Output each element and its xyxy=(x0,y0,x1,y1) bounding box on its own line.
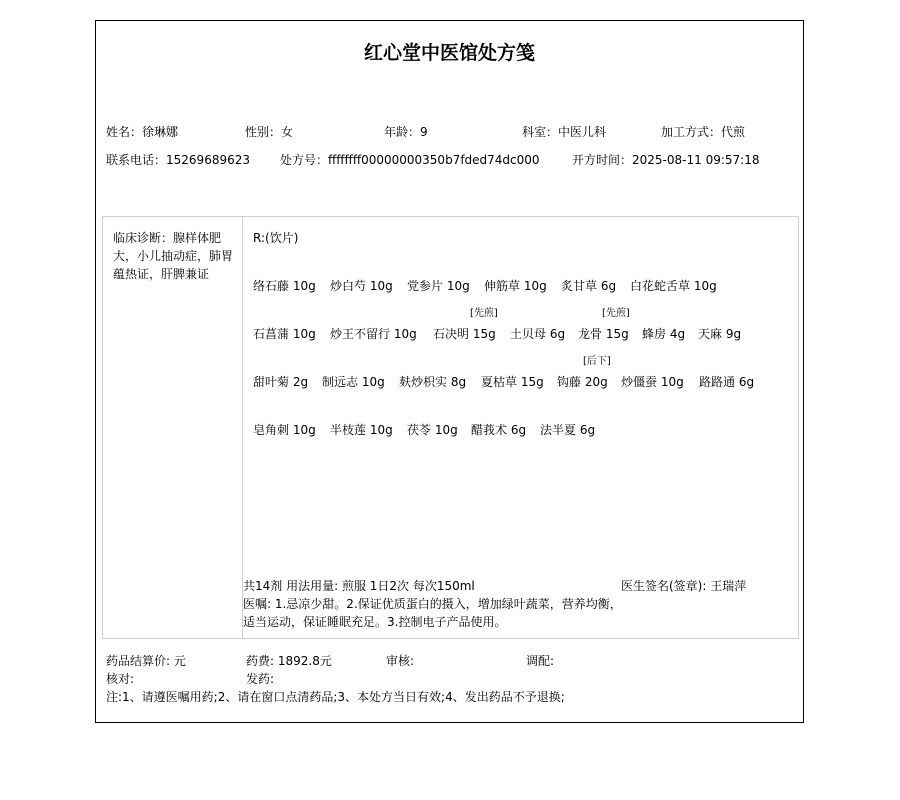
herb-name: 炒僵蚕 xyxy=(621,375,657,389)
herb-dose: 10g xyxy=(524,279,547,293)
herb-item: 伸筋草 10g xyxy=(484,277,547,294)
herb-name: 龙骨 xyxy=(578,327,602,341)
herb-name: 炒白芍 xyxy=(330,279,366,293)
herb-name: 皂角刺 xyxy=(253,423,289,437)
herb-item: 甜叶菊 2g xyxy=(253,373,308,390)
herb-name: 石菖蒲 xyxy=(253,327,289,341)
age-label: 年龄： xyxy=(384,125,420,139)
herb-name: 土贝母 xyxy=(510,327,546,341)
department: 科室：中医儿科 xyxy=(522,123,606,140)
herb-name: 路路通 xyxy=(699,375,735,389)
fee-label: 药费: xyxy=(246,654,278,668)
herb-item: 蜂房 4g xyxy=(642,325,685,342)
herb-dose: 10g xyxy=(394,327,417,341)
herb-item: 皂角刺 10g xyxy=(253,421,316,438)
herb-dose: 6g xyxy=(511,423,526,437)
herb-item: 党参片 10g xyxy=(407,277,470,294)
check-label: 核对: xyxy=(106,670,134,687)
phone-label: 联系电话： xyxy=(106,153,166,167)
herb-name: 石决明 xyxy=(433,327,469,341)
dispense-label: 调配: xyxy=(526,652,554,669)
processing-value: 代煎 xyxy=(721,125,745,139)
department-label: 科室： xyxy=(522,125,558,139)
rx-number-label: 处方号： xyxy=(280,153,328,167)
patient-age: 年龄：9 xyxy=(384,123,428,140)
settle-price-label: 药品结算价: xyxy=(106,654,174,668)
herb-dose: 10g xyxy=(694,279,717,293)
herb-dose: 15g xyxy=(473,327,496,341)
doctor-name: 王瑞萍 xyxy=(710,579,746,593)
doctor-advice: 医嘱: 1.忌凉少甜。2.保证优质蛋白的摄入，增加绿叶蔬菜，营养均衡，适当运动，… xyxy=(243,595,623,631)
gender-label: 性别： xyxy=(245,125,281,139)
herb-item: 土贝母 6g xyxy=(510,325,565,342)
herb-name: 醋莪术 xyxy=(471,423,507,437)
herb-dose: 6g xyxy=(601,279,616,293)
diagnosis-label: 临床诊断： xyxy=(113,231,173,245)
herb-name: 白花蛇舌草 xyxy=(630,279,690,293)
herb-dose: 15g xyxy=(606,327,629,341)
herb-item: 天麻 9g xyxy=(698,325,741,342)
herb-name: 钩藤 xyxy=(557,375,581,389)
page-title: 红心堂中医馆处方笺 xyxy=(96,38,803,65)
herb-dose: 10g xyxy=(447,279,470,293)
herb-dose: 10g xyxy=(661,375,684,389)
herb-dose: 10g xyxy=(435,423,458,437)
prescription-box: 临床诊断：腺样体肥大，小儿抽动症，肺胃蕴热证，肝脾兼证 R:(饮片) 络石藤 1… xyxy=(102,216,799,639)
usage-instructions: 共14剂 用法用量: 煎服 1日2次 每次150ml xyxy=(243,577,475,594)
herb-name: 党参片 xyxy=(407,279,443,293)
rx-number-value: ffffffff00000000350b7fded74dc000 xyxy=(328,153,540,167)
department-value: 中医儿科 xyxy=(558,125,606,139)
advice-label: 医嘱: xyxy=(243,597,275,611)
drug-fee: 药费: 1892.8元 xyxy=(246,652,332,669)
prescription-sheet: 红心堂中医馆处方笺 姓名：徐琳娜 性别：女 年龄：9 科室：中医儿科 加工方式：… xyxy=(95,20,804,723)
fee-value: 1892.8元 xyxy=(278,654,332,668)
herb-dose: 6g xyxy=(580,423,595,437)
herb-item: 炒王不留行 10g xyxy=(330,325,417,342)
herb-name: 炒王不留行 xyxy=(330,327,390,341)
settle-price-value: 元 xyxy=(174,654,186,668)
name-value: 徐琳娜 xyxy=(142,125,178,139)
herb-item: 茯苓 10g xyxy=(407,421,458,438)
herb-name: 天麻 xyxy=(698,327,722,341)
herb-item: 法半夏 6g xyxy=(540,421,595,438)
herb-item: 夏枯草 15g xyxy=(481,373,544,390)
herb-name: 炙甘草 xyxy=(561,279,597,293)
herb-dose: 10g xyxy=(293,423,316,437)
herb-dose: 9g xyxy=(726,327,741,341)
herb-name: 法半夏 xyxy=(540,423,576,437)
herb-dose: 4g xyxy=(670,327,685,341)
rx-time-value: 2025-08-11 09:57:18 xyxy=(632,153,759,167)
patient-gender: 性别：女 xyxy=(245,123,293,140)
herb-item: 路路通 6g xyxy=(699,373,754,390)
processing-method: 加工方式：代煎 xyxy=(661,123,745,140)
herb-item: 制远志 10g xyxy=(322,373,385,390)
prescription-cell: R:(饮片) 络石藤 10g 炒白芍 10g 党参片 10g 伸筋草 10g 炙… xyxy=(243,217,798,638)
herb-note: [后下] xyxy=(583,352,611,367)
advice-text: 1.忌凉少甜。2.保证优质蛋白的摄入，增加绿叶蔬菜，营养均衡，适当运动，保证睡眠… xyxy=(243,597,622,629)
herb-item: 白花蛇舌草 10g xyxy=(630,277,717,294)
herb-item: [先煎]龙骨 15g xyxy=(578,325,629,342)
herb-dose: 6g xyxy=(550,327,565,341)
rx-number: 处方号：ffffffff00000000350b7fded74dc000 xyxy=(280,151,540,168)
herb-name: 制远志 xyxy=(322,375,358,389)
herb-name: 伸筋草 xyxy=(484,279,520,293)
herb-item: 炒僵蚕 10g xyxy=(621,373,684,390)
herb-name: 蜂房 xyxy=(642,327,666,341)
herb-dose: 10g xyxy=(370,423,393,437)
herb-item: 醋莪术 6g xyxy=(471,421,526,438)
herb-item: 石菖蒲 10g xyxy=(253,325,316,342)
footer-notes: 注:1、请遵医嘱用药;2、请在窗口点清药品;3、本处方当日有效;4、发出药品不予… xyxy=(106,688,565,705)
herb-dose: 10g xyxy=(370,279,393,293)
herb-item: 络石藤 10g xyxy=(253,277,316,294)
herb-dose: 10g xyxy=(293,279,316,293)
herb-name: 麸炒枳实 xyxy=(399,375,447,389)
rx-time-label: 开方时间： xyxy=(572,153,632,167)
review-label: 审核: xyxy=(386,652,414,669)
issue-label: 发药: xyxy=(246,670,274,687)
herb-dose: 20g xyxy=(585,375,608,389)
herb-name: 络石藤 xyxy=(253,279,289,293)
phone-value: 15269689623 xyxy=(166,153,250,167)
diagnosis-cell: 临床诊断：腺样体肥大，小儿抽动症，肺胃蕴热证，肝脾兼证 xyxy=(103,217,243,638)
herb-item: [后下]钩藤 20g xyxy=(557,373,608,390)
age-value: 9 xyxy=(420,125,428,139)
phone: 联系电话：15269689623 xyxy=(106,151,250,168)
herb-name: 甜叶菊 xyxy=(253,375,289,389)
rx-time: 开方时间：2025-08-11 09:57:18 xyxy=(572,151,759,168)
herb-note: [先煎] xyxy=(602,304,630,319)
herb-item: 麸炒枳实 8g xyxy=(399,373,466,390)
herb-dose: 8g xyxy=(451,375,466,389)
processing-label: 加工方式： xyxy=(661,125,721,139)
rx-header: R:(饮片) xyxy=(253,229,298,246)
herb-item: 炙甘草 6g xyxy=(561,277,616,294)
doctor-signature: 医生签名(签章): 王瑞萍 xyxy=(621,577,746,594)
herb-dose: 2g xyxy=(293,375,308,389)
herb-item: [先煎]石决明 15g xyxy=(433,325,496,342)
herb-name: 夏枯草 xyxy=(481,375,517,389)
name-label: 姓名： xyxy=(106,125,142,139)
doctor-label: 医生签名(签章): xyxy=(621,579,710,593)
herb-dose: 10g xyxy=(293,327,316,341)
herb-name: 半枝莲 xyxy=(330,423,366,437)
herb-dose: 6g xyxy=(739,375,754,389)
herb-item: 半枝莲 10g xyxy=(330,421,393,438)
gender-value: 女 xyxy=(281,125,293,139)
patient-name: 姓名：徐琳娜 xyxy=(106,123,178,140)
herb-dose: 10g xyxy=(362,375,385,389)
herb-dose: 15g xyxy=(521,375,544,389)
settle-price: 药品结算价: 元 xyxy=(106,652,186,669)
herb-item: 炒白芍 10g xyxy=(330,277,393,294)
herb-name: 茯苓 xyxy=(407,423,431,437)
herb-note: [先煎] xyxy=(470,304,498,319)
